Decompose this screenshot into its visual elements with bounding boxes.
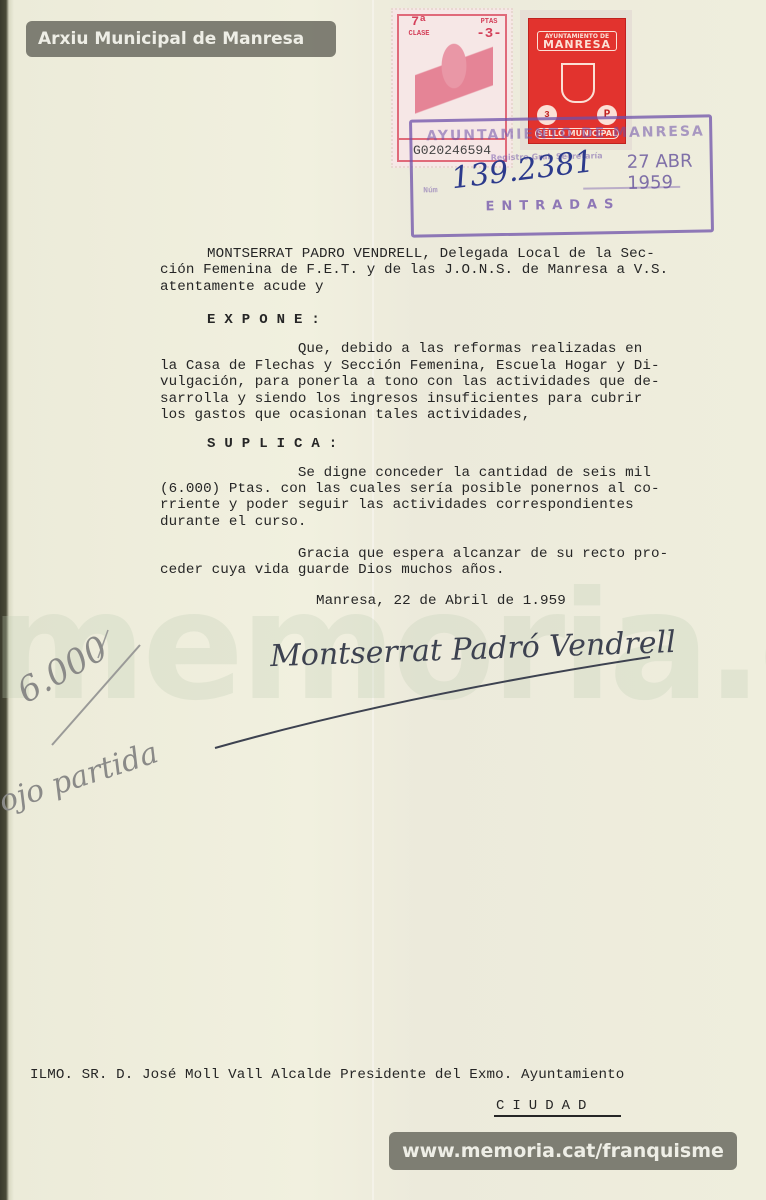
- intro-line-2: ción Femenina de F.E.T. y de las J.O.N.S…: [160, 262, 668, 279]
- registry-section: ENTRADAS: [485, 197, 620, 214]
- expone-line-5: los gastos que ocasionan tales actividad…: [160, 407, 530, 424]
- addressee: ILMO. SR. D. José Moll Vall Alcalde Pres…: [30, 1067, 624, 1084]
- suplica-heading: SUPLICA:: [207, 436, 346, 452]
- registry-number: 139.2381: [449, 144, 595, 196]
- city-underline: [494, 1115, 621, 1117]
- expone-line-1: Que, debido a las reformas realizadas en: [160, 341, 642, 358]
- intro-line-3: atentamente acude y: [160, 279, 324, 296]
- suplica-line-4: durante el curso.: [160, 514, 306, 531]
- closing-line-1: Gracia que espera alcanzar de su recto p…: [160, 546, 668, 563]
- archive-label: Arxiu Municipal de Manresa: [26, 21, 336, 57]
- intro-line-1: MONTSERRAT PADRO VENDRELL, Delegada Loca…: [207, 246, 655, 263]
- coat-of-arms-icon: [561, 63, 595, 103]
- stamp-class: 7ªCLASE: [399, 16, 439, 40]
- expone-line-4: sarrolla y siendo los ingresos insuficie…: [160, 391, 642, 408]
- website-label: www.memoria.cat/franquisme: [389, 1132, 737, 1170]
- city-line: CIUDAD: [496, 1098, 594, 1114]
- expone-heading: EXPONE:: [207, 312, 329, 328]
- expone-line-2: la Casa de Flechas y Sección Femenina, E…: [160, 358, 660, 375]
- suplica-line-1: Se digne conceder la cantidad de seis mi…: [160, 465, 651, 482]
- municipal-stamp-title: AYUNTAMIENTO DEMANRESA: [537, 31, 617, 51]
- registry-stamp: AYUNTAMIENTO DE MANRESA Registro Gral. S…: [409, 114, 714, 237]
- suplica-line-3: rriente y poder seguir las actividades c…: [160, 497, 634, 514]
- closing-line-2: ceder cuya vida guarde Dios muchos años.: [160, 562, 505, 579]
- pen-strokes: [0, 600, 766, 860]
- registry-number-label: Núm: [423, 186, 438, 195]
- registry-header: AYUNTAMIENTO DE MANRESA: [426, 123, 705, 144]
- expone-line-3: vulgación, para ponerla a tono con las a…: [160, 374, 660, 391]
- stamp-value: PTAS-3-: [473, 16, 505, 40]
- suplica-line-2: (6.000) Ptas. con las cuales sería posib…: [160, 481, 660, 498]
